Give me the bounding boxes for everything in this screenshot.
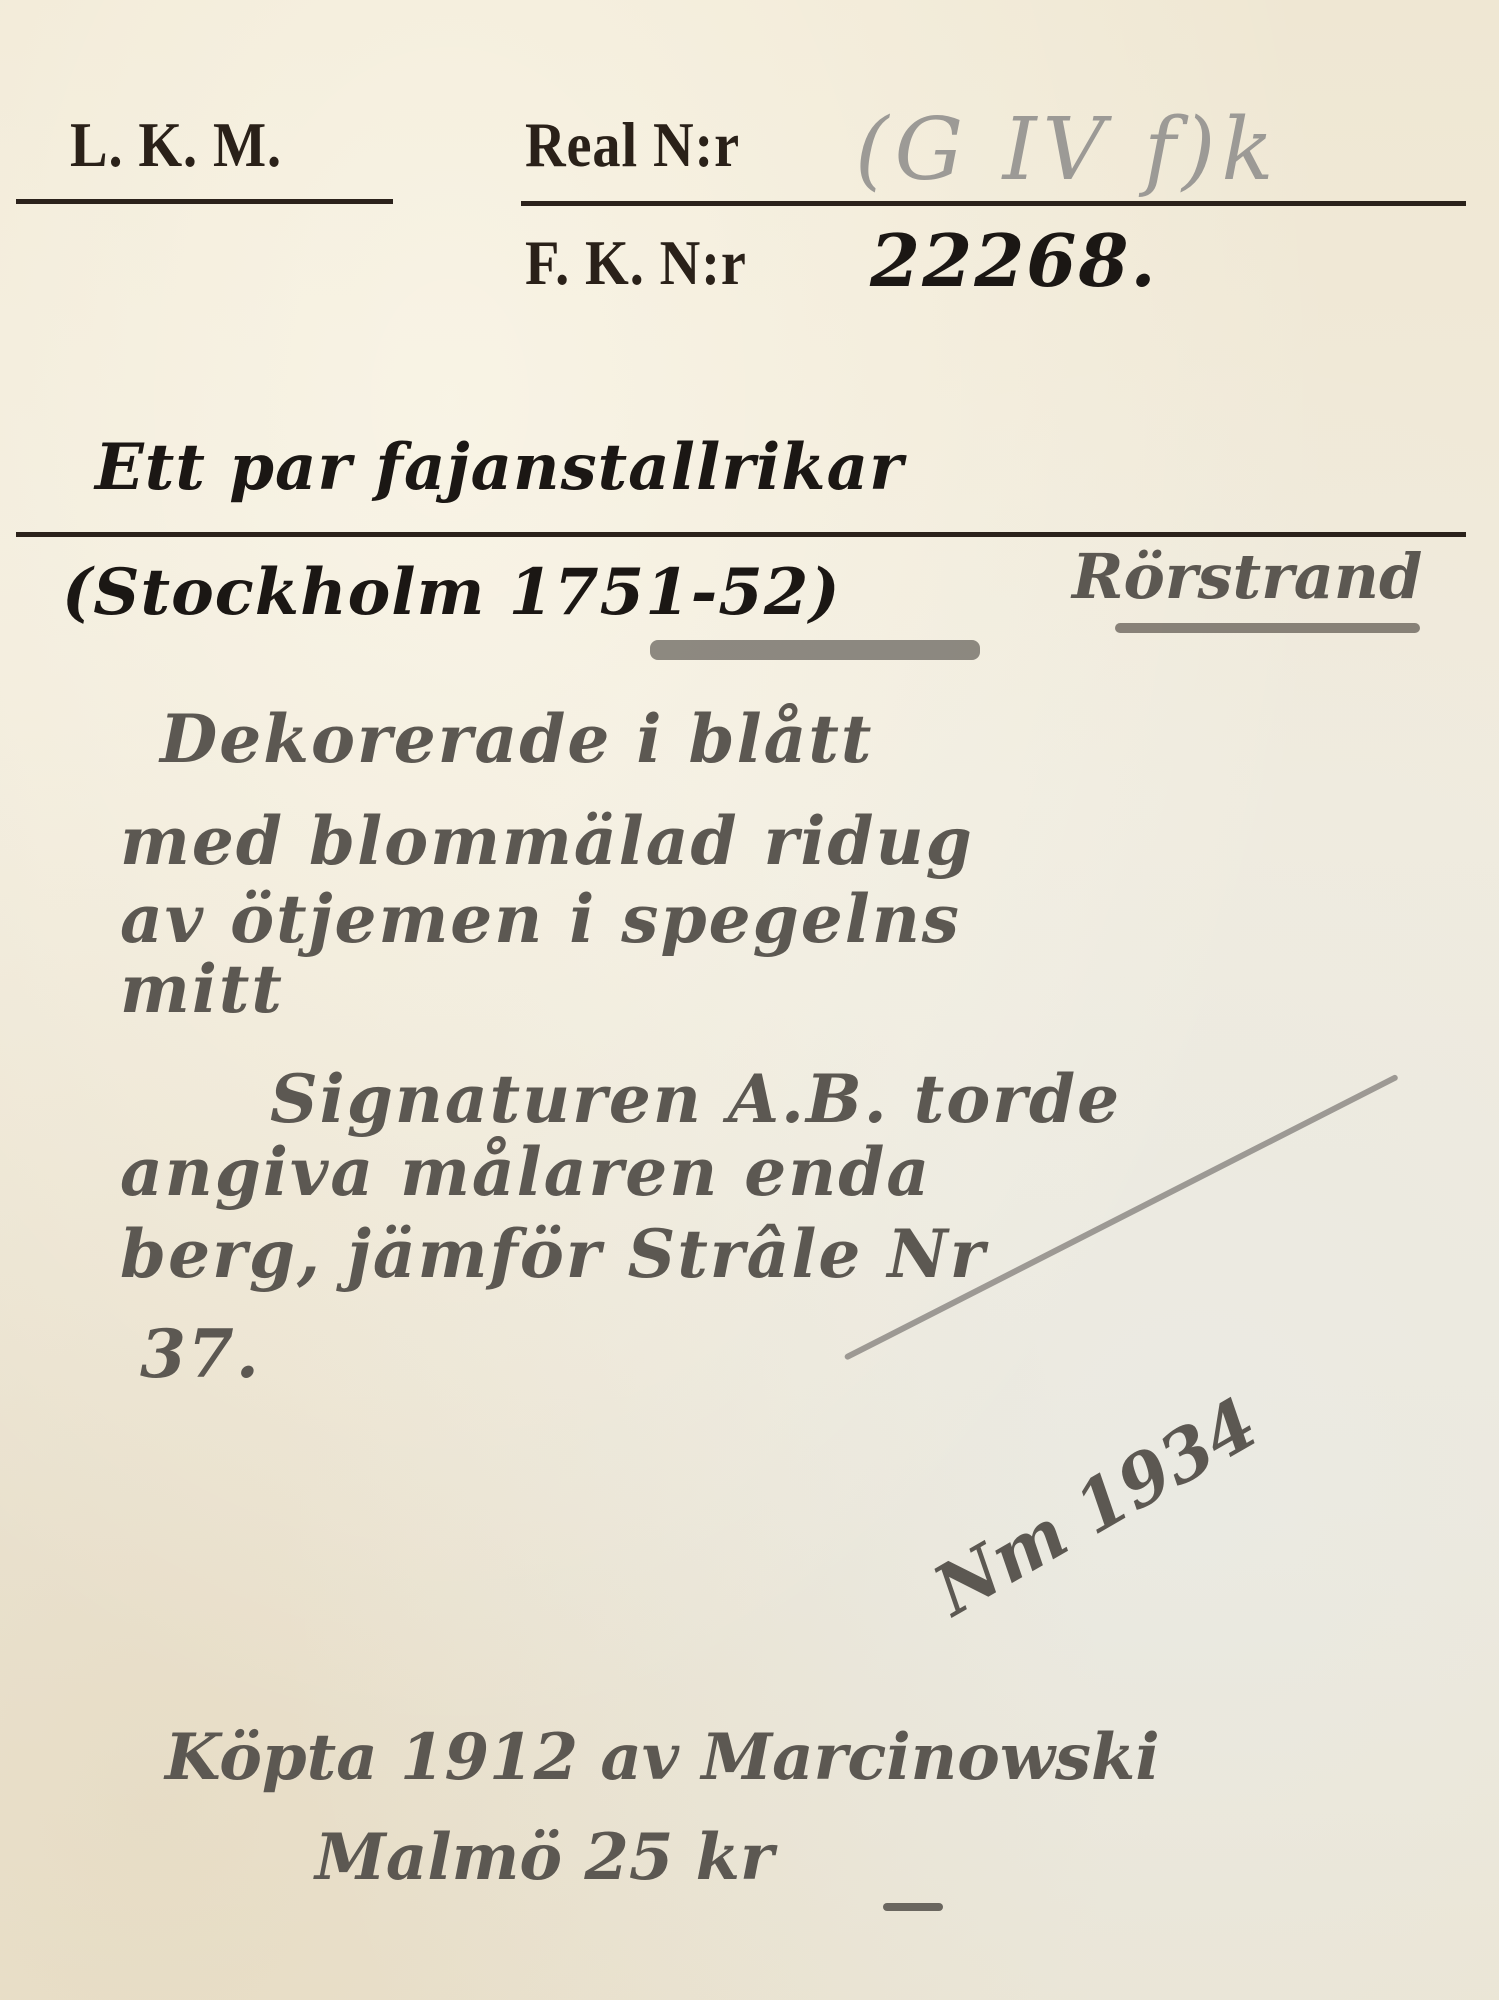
catalog-card: L. K. M. Real N:r (G IV f)k F. K. N:r 22… xyxy=(0,0,1499,2000)
diagonal-note: Nm 1934 xyxy=(920,1381,1271,1632)
fk-nr-value: 22268. xyxy=(870,218,1158,303)
price-underline xyxy=(883,1903,943,1911)
description-line: Dekorerade i blått xyxy=(160,700,873,778)
maker-underline xyxy=(1115,623,1420,633)
acquisition-line-1: Köpta 1912 av Marcinowski xyxy=(165,1720,1160,1795)
object-origin: (Stockholm 1751-52) xyxy=(62,555,841,630)
description-line: mitt xyxy=(120,950,284,1028)
description-line: 37. xyxy=(140,1315,261,1393)
date-underline xyxy=(650,640,980,660)
description-line: angiva målaren enda xyxy=(120,1133,931,1211)
real-nr-value: (G IV f)k xyxy=(855,100,1280,200)
museum-label: L. K. M. xyxy=(70,108,282,182)
title-rule xyxy=(16,532,1466,537)
description-line: med blommälad ridug xyxy=(120,802,974,880)
acquisition-line-2: Malmö 25 kr xyxy=(315,1820,774,1895)
fk-nr-label: F. K. N:r xyxy=(525,226,747,300)
description-line: av ötjemen i spegelns xyxy=(120,880,961,958)
museum-label-rule xyxy=(16,199,393,204)
object-maker: Rörstrand xyxy=(1072,540,1422,613)
description-line: Signaturen A.B. torde xyxy=(270,1060,1121,1138)
real-nr-label: Real N:r xyxy=(525,108,740,182)
object-title: Ett par fajanstallrikar xyxy=(95,430,904,505)
real-nr-rule xyxy=(521,201,1466,206)
description-line: berg, jämför Strâle Nr xyxy=(120,1215,987,1293)
